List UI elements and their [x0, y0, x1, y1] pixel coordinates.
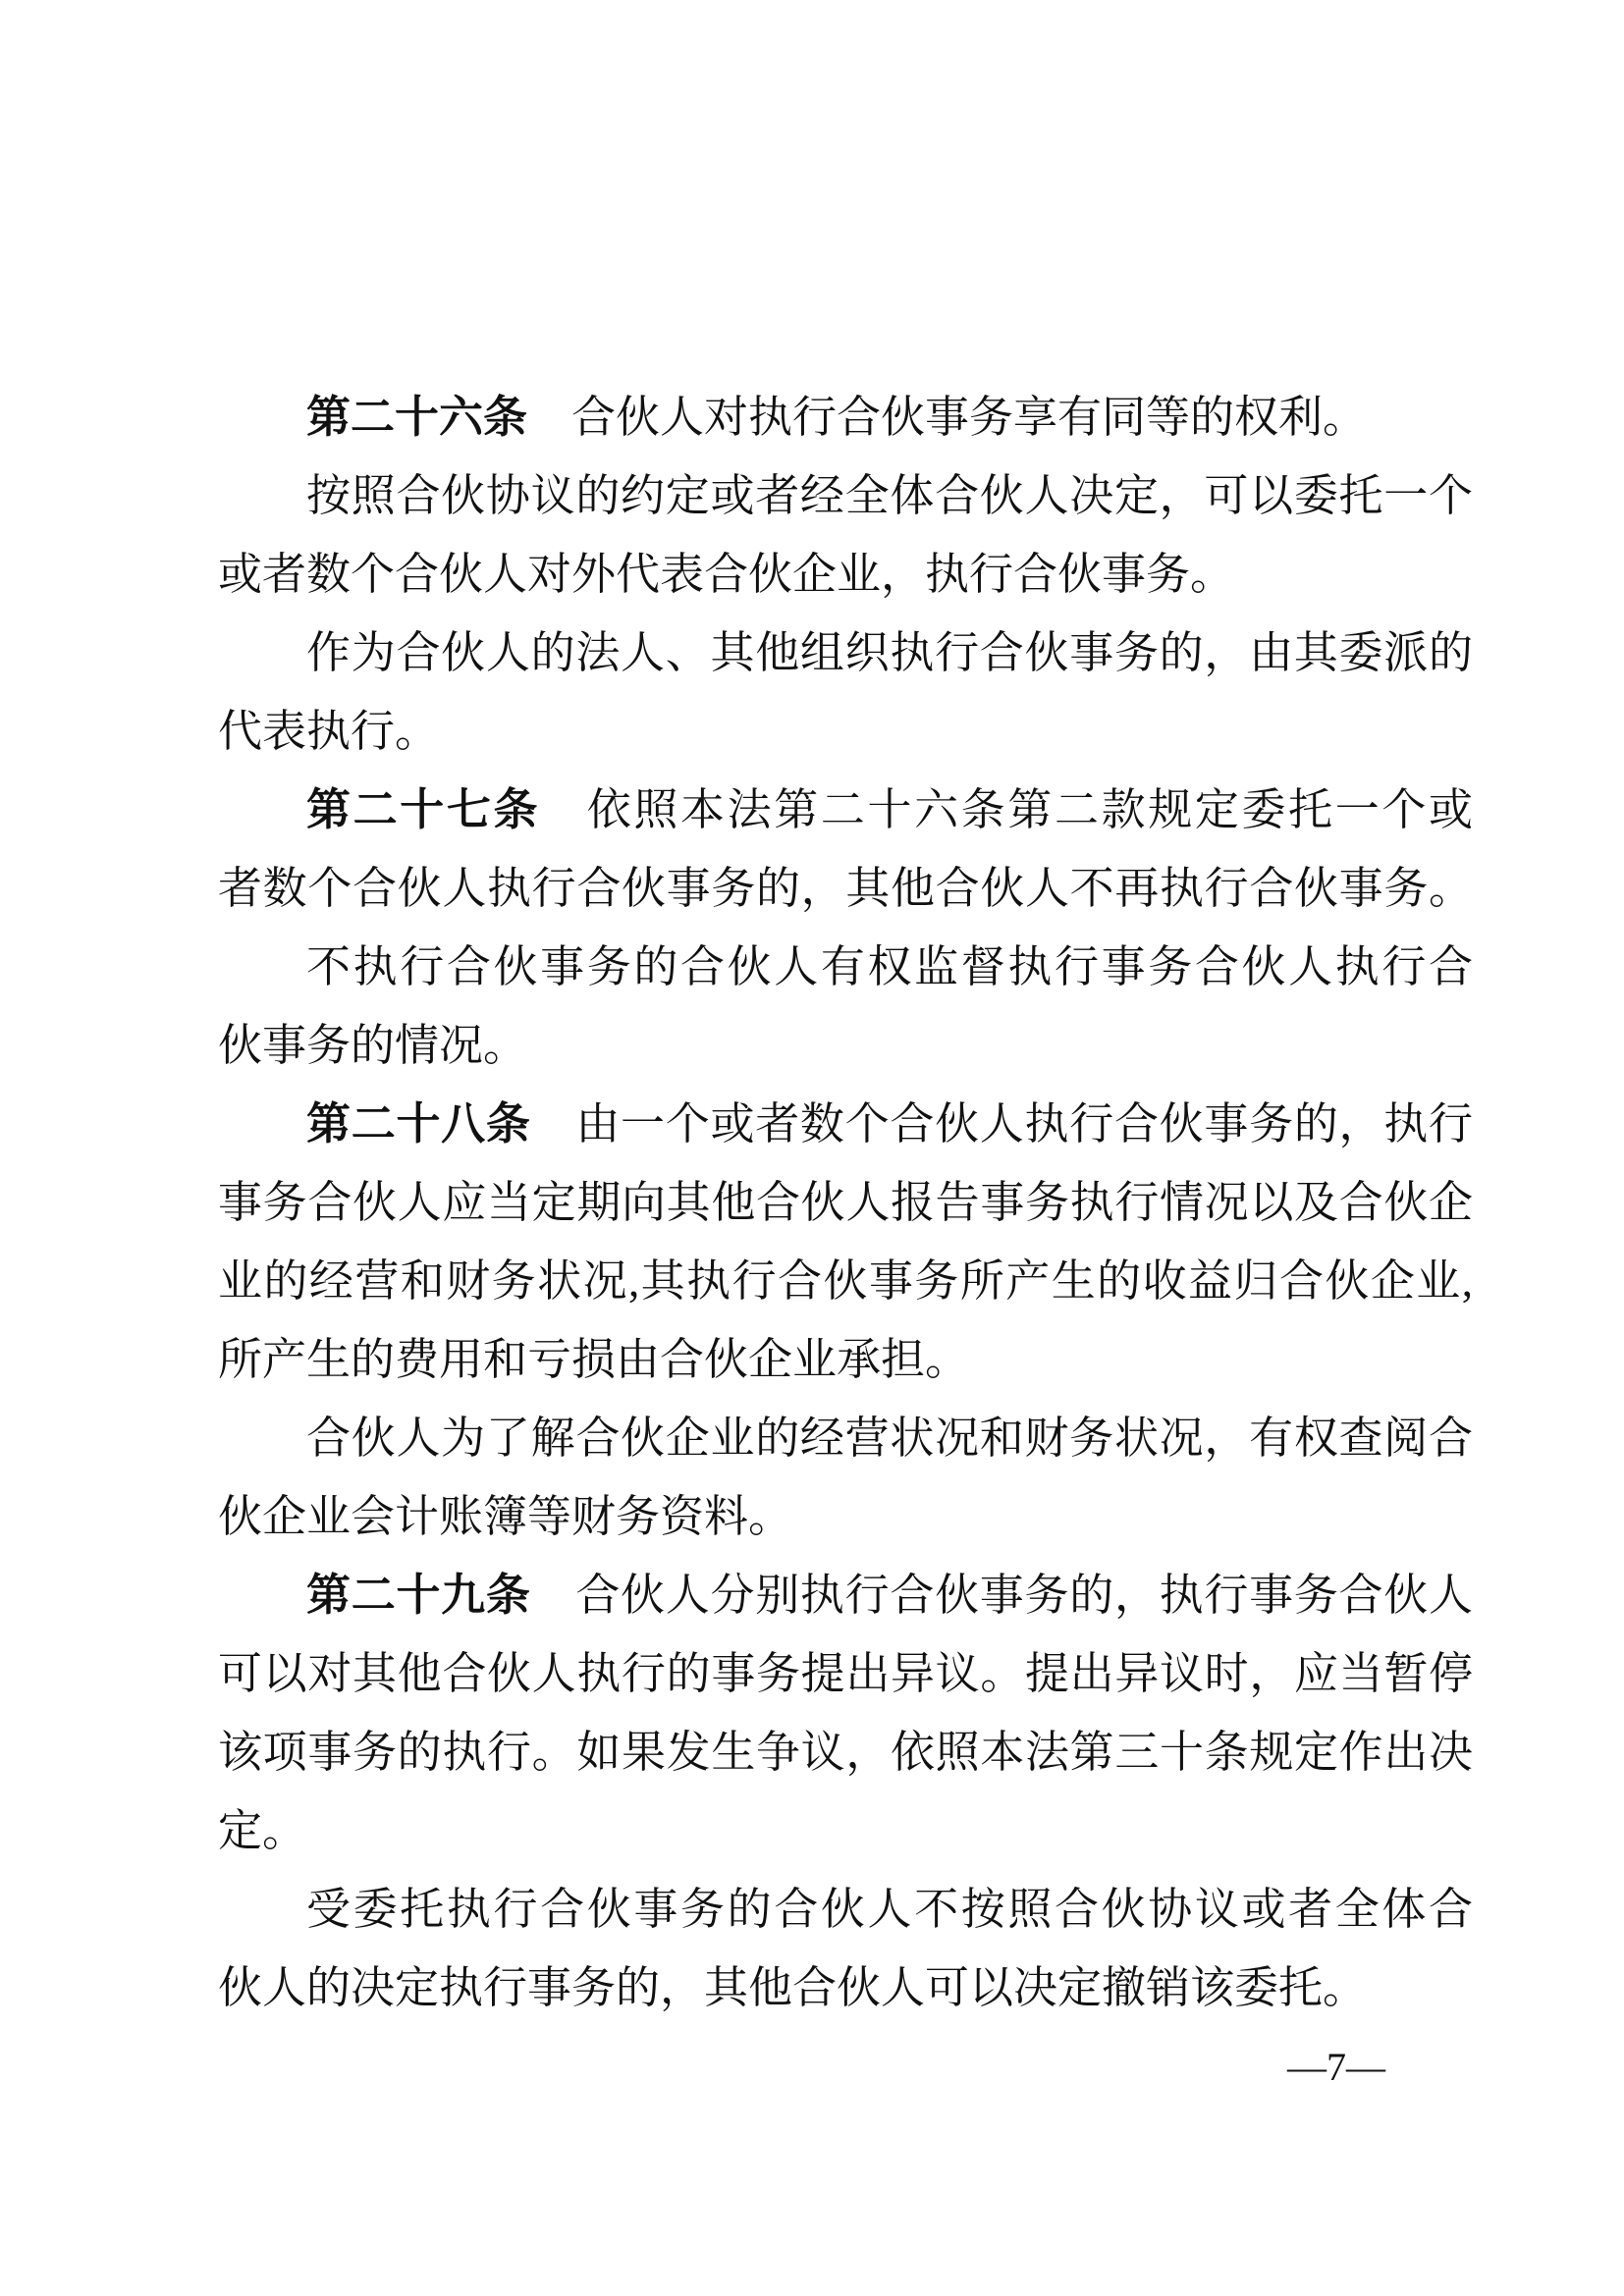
body-text: 依照本法第二十六条第二款规定委托一个或	[540, 785, 1473, 834]
article-number: 第二十七条	[306, 784, 540, 834]
text-line: 不执行合伙事务的合伙人有权监督执行事务合伙人执行合	[218, 928, 1473, 1006]
text-line: 第二十九条 合伙人分别执行合伙事务的，执行事务合伙人	[218, 1556, 1473, 1634]
text-line: 者数个合伙人执行合伙事务的，其他合伙人不再执行合伙事务。	[218, 849, 1473, 928]
body-text: 不执行合伙事务的合伙人有权监督执行事务合伙人执行合	[306, 942, 1473, 991]
text-line: 伙企业会计账簿等财务资料。	[218, 1477, 1473, 1556]
body-text: 者数个合伙人执行合伙事务的，其他合伙人不再执行合伙事务。	[218, 864, 1473, 913]
body-text: 该项事务的执行。如果发生争议，依照本法第三十条规定作出决	[218, 1728, 1473, 1777]
text-line: 第二十六条 合伙人对执行合伙事务享有同等的权利。	[218, 378, 1473, 456]
body-text: 伙事务的情况。	[218, 1021, 527, 1070]
body-text: 合伙人为了解合伙企业的经营状况和财务状况，有权查阅合	[306, 1414, 1473, 1463]
body-text: 作为合伙人的法人、其他组织执行合伙事务的，由其委派的	[306, 628, 1473, 677]
page-number: —7—	[1272, 2040, 1400, 2095]
text-line: 伙事务的情况。	[218, 1006, 1473, 1085]
text-line: 业的经营和财务状况,其执行合伙事务所产生的收益归合伙企业,	[218, 1242, 1473, 1320]
body-text: 所产生的费用和亏损由合伙企业承担。	[218, 1335, 969, 1384]
document-page: 第二十六条 合伙人对执行合伙事务享有同等的权利。按照合伙协议的约定或者经全体合伙…	[0, 0, 1624, 2296]
body-text: 受委托执行合伙事务的合伙人不按照合伙协议或者全体合	[306, 1885, 1473, 1934]
text-line: 定。	[218, 1791, 1473, 1870]
text-line: 伙人的决定执行事务的，其他合伙人可以决定撤销该委托。	[218, 1949, 1473, 2027]
text-line: 第二十八条 由一个或者数个合伙人执行合伙事务的，执行	[218, 1085, 1473, 1163]
body-text: 合伙人分别执行合伙事务的，执行事务合伙人	[531, 1571, 1473, 1620]
text-line: 所产生的费用和亏损由合伙企业承担。	[218, 1320, 1473, 1399]
body-text: 事务合伙人应当定期向其他合伙人报告事务执行情况以及合伙企	[218, 1178, 1473, 1227]
text-block: 第二十六条 合伙人对执行合伙事务享有同等的权利。按照合伙协议的约定或者经全体合伙…	[218, 378, 1473, 2027]
text-line: 代表执行。	[218, 692, 1473, 771]
body-text: 由一个或者数个合伙人执行合伙事务的，执行	[531, 1099, 1473, 1148]
text-line: 作为合伙人的法人、其他组织执行合伙事务的，由其委派的	[218, 614, 1473, 692]
text-line: 按照合伙协议的约定或者经全体合伙人决定，可以委托一个	[218, 456, 1473, 535]
text-line: 第二十七条 依照本法第二十六条第二款规定委托一个或	[218, 771, 1473, 849]
article-number: 第二十八条	[306, 1098, 531, 1148]
article-number: 第二十六条	[306, 392, 527, 442]
text-line: 事务合伙人应当定期向其他合伙人报告事务执行情况以及合伙企	[218, 1163, 1473, 1242]
text-line: 可以对其他合伙人执行的事务提出异议。提出异议时，应当暂停	[218, 1634, 1473, 1713]
text-line: 受委托执行合伙事务的合伙人不按照合伙协议或者全体合	[218, 1870, 1473, 1949]
body-text: 或者数个合伙人对外代表合伙企业，执行合伙事务。	[218, 550, 1234, 599]
text-line: 该项事务的执行。如果发生争议，依照本法第三十条规定作出决	[218, 1713, 1473, 1791]
body-text: 业的经营和财务状况,其执行合伙事务所产生的收益归合伙企业,	[218, 1256, 1473, 1306]
body-text: 伙企业会计账簿等财务资料。	[218, 1492, 792, 1541]
body-text: 代表执行。	[218, 707, 439, 756]
body-text: 伙人的决定执行事务的，其他合伙人可以决定撤销该委托。	[218, 1963, 1367, 2012]
body-text: 合伙人对执行合伙事务享有同等的权利。	[527, 393, 1367, 442]
body-text: 定。	[218, 1806, 306, 1855]
body-text: 按照合伙协议的约定或者经全体合伙人决定，可以委托一个	[306, 471, 1473, 520]
body-text: 可以对其他合伙人执行的事务提出异议。提出异议时，应当暂停	[218, 1649, 1473, 1698]
text-line: 合伙人为了解合伙企业的经营状况和财务状况，有权查阅合	[218, 1399, 1473, 1477]
article-number: 第二十九条	[306, 1570, 531, 1620]
text-line: 或者数个合伙人对外代表合伙企业，执行合伙事务。	[218, 535, 1473, 614]
